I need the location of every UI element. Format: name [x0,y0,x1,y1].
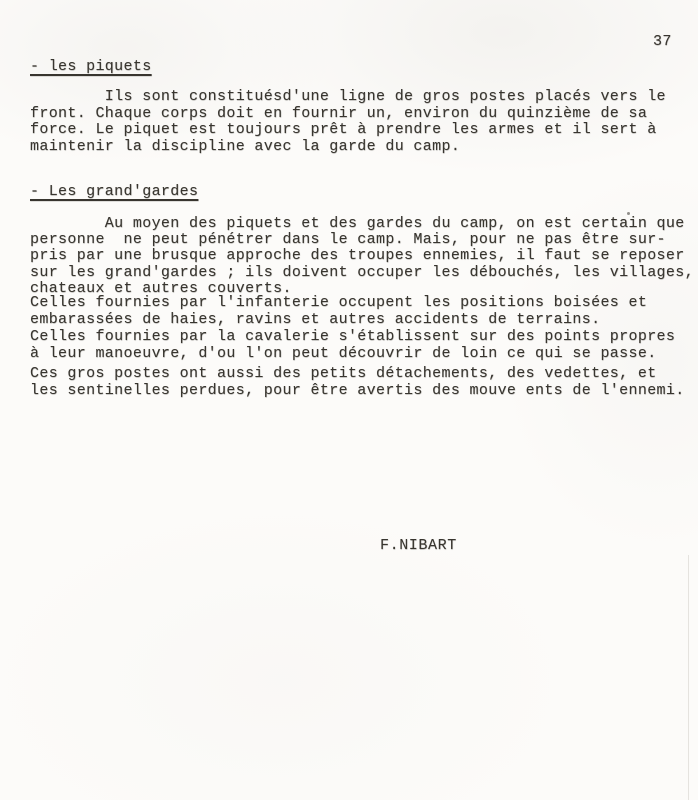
paragraph-cavalerie: Celles fournies par la cavalerie s'établ… [30,329,696,362]
typed-line: Celles fournies par la cavalerie s'établ… [30,329,696,346]
typed-line: force. Le piquet est toujours prêt à pre… [30,122,696,139]
paragraph-grand-gardes-intro: Au moyen des piquets et des gardes du ca… [30,216,696,297]
typed-line: Celles fournies par l'infanterie occupen… [30,295,696,312]
document-page: 37 - les piquets Ils sont constituésd'un… [0,0,698,800]
typed-line: Ces gros postes ont aussi des petits dét… [30,366,696,383]
typed-line: Ils sont constituésd'une ligne de gros p… [30,89,696,106]
paragraph-infanterie: Celles fournies par l'infanterie occupen… [30,295,696,328]
paragraph-piquets: Ils sont constituésd'une ligne de gros p… [30,89,696,155]
typed-line: personne ne peut pénétrer dans le camp. … [30,232,696,248]
section-heading-grand-gardes: - Les grand'gardes [30,183,198,200]
section-heading-les-piquets: - les piquets [30,58,152,75]
typed-line: Au moyen des piquets et des gardes du ca… [30,216,696,232]
page-number: 37 [653,33,672,50]
author-signature: F.NIBART [380,537,457,554]
typed-line: les sentinelles perdues, pour être avert… [30,383,696,400]
typed-line: front. Chaque corps doit en fournir un, … [30,106,696,123]
paragraph-gros-postes: Ces gros postes ont aussi des petits dét… [30,366,696,399]
typed-line: embarassées de haies, ravins et autres a… [30,312,696,329]
typed-line: sur les grand'gardes ; ils doivent occup… [30,265,696,281]
typed-line: maintenir la discipline avec la garde du… [30,139,696,156]
typed-line: pris par une brusque approche des troupe… [30,248,696,264]
typed-line: à leur manoeuvre, d'ou l'on peut découvr… [30,346,696,363]
